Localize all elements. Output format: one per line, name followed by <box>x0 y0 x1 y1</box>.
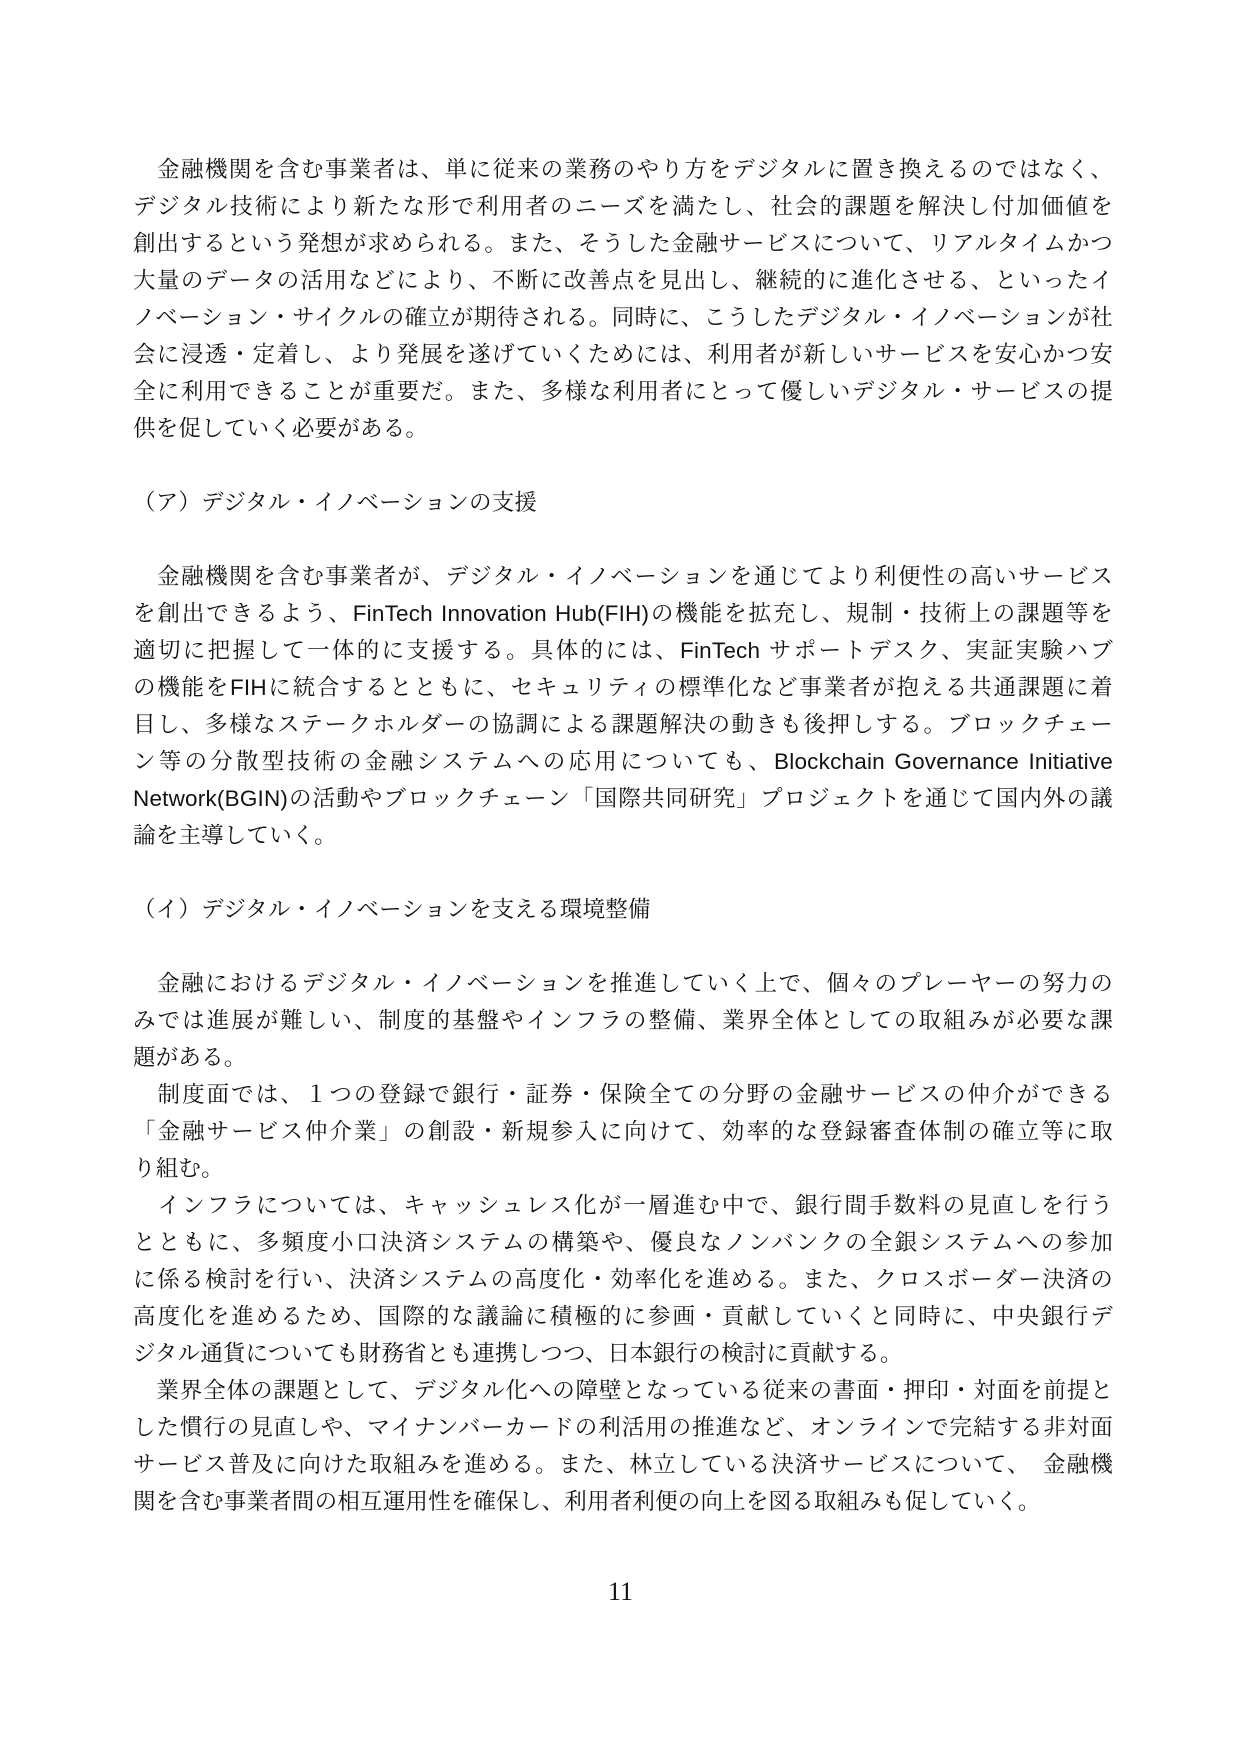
text-line: デジタル技術により新たな形で利用者のニーズを満たし、社会的課題を解決し付加価値を <box>133 188 1113 225</box>
blank-line <box>133 521 1113 558</box>
blank-line <box>133 928 1113 965</box>
text-line: インフラについては、キャッシュレス化が一層進む中で、銀行間手数料の見直しを行う <box>133 1187 1113 1224</box>
text-line: り組む。 <box>133 1150 1113 1187</box>
blank-line <box>133 447 1113 484</box>
text-line: 創出するという発想が求められる。また、そうした金融サービスについて、リアルタイム… <box>133 225 1113 262</box>
text-line: 題がある。 <box>133 1039 1113 1076</box>
text-line: 金融におけるデジタル・イノベーションを推進していく上で、個々のプレーヤーの努力の <box>133 965 1113 1002</box>
text-line: とともに、多頻度小口決済システムの構築や、優良なノンバンクの全銀システムへの参加 <box>133 1224 1113 1261</box>
text-line: を創出できるよう、FinTech Innovation Hub(FIH)の機能を… <box>133 595 1113 632</box>
text-line: ジタル通貨についても財務省とも連携しつつ、日本銀行の検討に貢献する。 <box>133 1335 1113 1372</box>
text-line: ノベーション・サイクルの確立が期待される。同時に、こうしたデジタル・イノベーショ… <box>133 299 1113 336</box>
text-line: 金融機関を含む事業者が、デジタル・イノベーションを通じてより利便性の高いサービス <box>133 558 1113 595</box>
text-line: 金融機関を含む事業者は、単に従来の業務のやり方をデジタルに置き換えるのではなく、 <box>133 151 1113 188</box>
text-line: 「金融サービス仲介業」の創設・新規参入に向けて、効率的な登録審査体制の確立等に取 <box>133 1113 1113 1150</box>
text-line: 業界全体の課題として、デジタル化への障壁となっている従来の書面・押印・対面を前提… <box>133 1372 1113 1409</box>
text-line: サービス普及に向けた取組みを進める。また、林立している決済サービスについて、 金… <box>133 1446 1113 1483</box>
section-heading-i: （イ）デジタル・イノベーションを支える環境整備 <box>133 891 1113 928</box>
text-line: 高度化を進めるため、国際的な議論に積極的に参画・貢献していくと同時に、中央銀行デ <box>133 1298 1113 1335</box>
text-line: Network(BGIN)の活動やブロックチェーン「国際共同研究」プロジェクトを… <box>133 780 1113 817</box>
text-line: 全に利用できることが重要だ。また、多様な利用者にとって優しいデジタル・サービスの… <box>133 373 1113 410</box>
text-line: 会に浸透・定着し、より発展を遂げていくためには、利用者が新しいサービスを安心かつ… <box>133 336 1113 373</box>
text-line: の機能をFIHに統合するとともに、セキュリティの標準化など事業者が抱える共通課題… <box>133 669 1113 706</box>
text-line: 適切に把握して一体的に支援する。具体的には、FinTech サポートデスク、実証… <box>133 632 1113 669</box>
text-line: に係る検討を行い、決済システムの高度化・効率化を進める。また、クロスボーダー決済… <box>133 1261 1113 1298</box>
text-line: ン等の分散型技術の金融システムへの応用についても、Blockchain Gove… <box>133 743 1113 780</box>
text-line: した慣行の見直しや、マイナンバーカードの利活用の推進など、オンラインで完結する非… <box>133 1409 1113 1446</box>
body-text: 金融機関を含む事業者は、単に従来の業務のやり方をデジタルに置き換えるのではなく、… <box>133 151 1113 1520</box>
page-number: 11 <box>0 1577 1241 1607</box>
paragraph-innovation-support: 金融機関を含む事業者が、デジタル・イノベーションを通じてより利便性の高いサービス… <box>133 558 1113 854</box>
text-line: 大量のデータの活用などにより、不断に改善点を見出し、継続的に進化させる、といった… <box>133 262 1113 299</box>
text-line: 論を主導していく。 <box>133 817 1113 854</box>
paragraph-intro: 金融機関を含む事業者は、単に従来の業務のやり方をデジタルに置き換えるのではなく、… <box>133 151 1113 447</box>
blank-line <box>133 854 1113 891</box>
text-line: みでは進展が難しい、制度的基盤やインフラの整備、業界全体としての取組みが必要な課 <box>133 1002 1113 1039</box>
document-page: 金融機関を含む事業者は、単に従来の業務のやり方をデジタルに置き換えるのではなく、… <box>0 0 1241 1754</box>
text-line: 関を含む事業者間の相互運用性を確保し、利用者利便の向上を図る取組みも促していく。 <box>133 1483 1113 1520</box>
text-line: 制度面では、１つの登録で銀行・証券・保険全ての分野の金融サービスの仲介ができる <box>133 1076 1113 1113</box>
text-line: 目し、多様なステークホルダーの協調による課題解決の動きも後押しする。ブロックチェ… <box>133 706 1113 743</box>
text-line: 供を促していく必要がある。 <box>133 410 1113 447</box>
paragraph-industry-wide: 業界全体の課題として、デジタル化への障壁となっている従来の書面・押印・対面を前提… <box>133 1372 1113 1520</box>
paragraph-environment-intro: 金融におけるデジタル・イノベーションを推進していく上で、個々のプレーヤーの努力の… <box>133 965 1113 1076</box>
section-heading-a: （ア）デジタル・イノベーションの支援 <box>133 484 1113 521</box>
paragraph-infrastructure: インフラについては、キャッシュレス化が一層進む中で、銀行間手数料の見直しを行う … <box>133 1187 1113 1372</box>
paragraph-institutional: 制度面では、１つの登録で銀行・証券・保険全ての分野の金融サービスの仲介ができる … <box>133 1076 1113 1187</box>
